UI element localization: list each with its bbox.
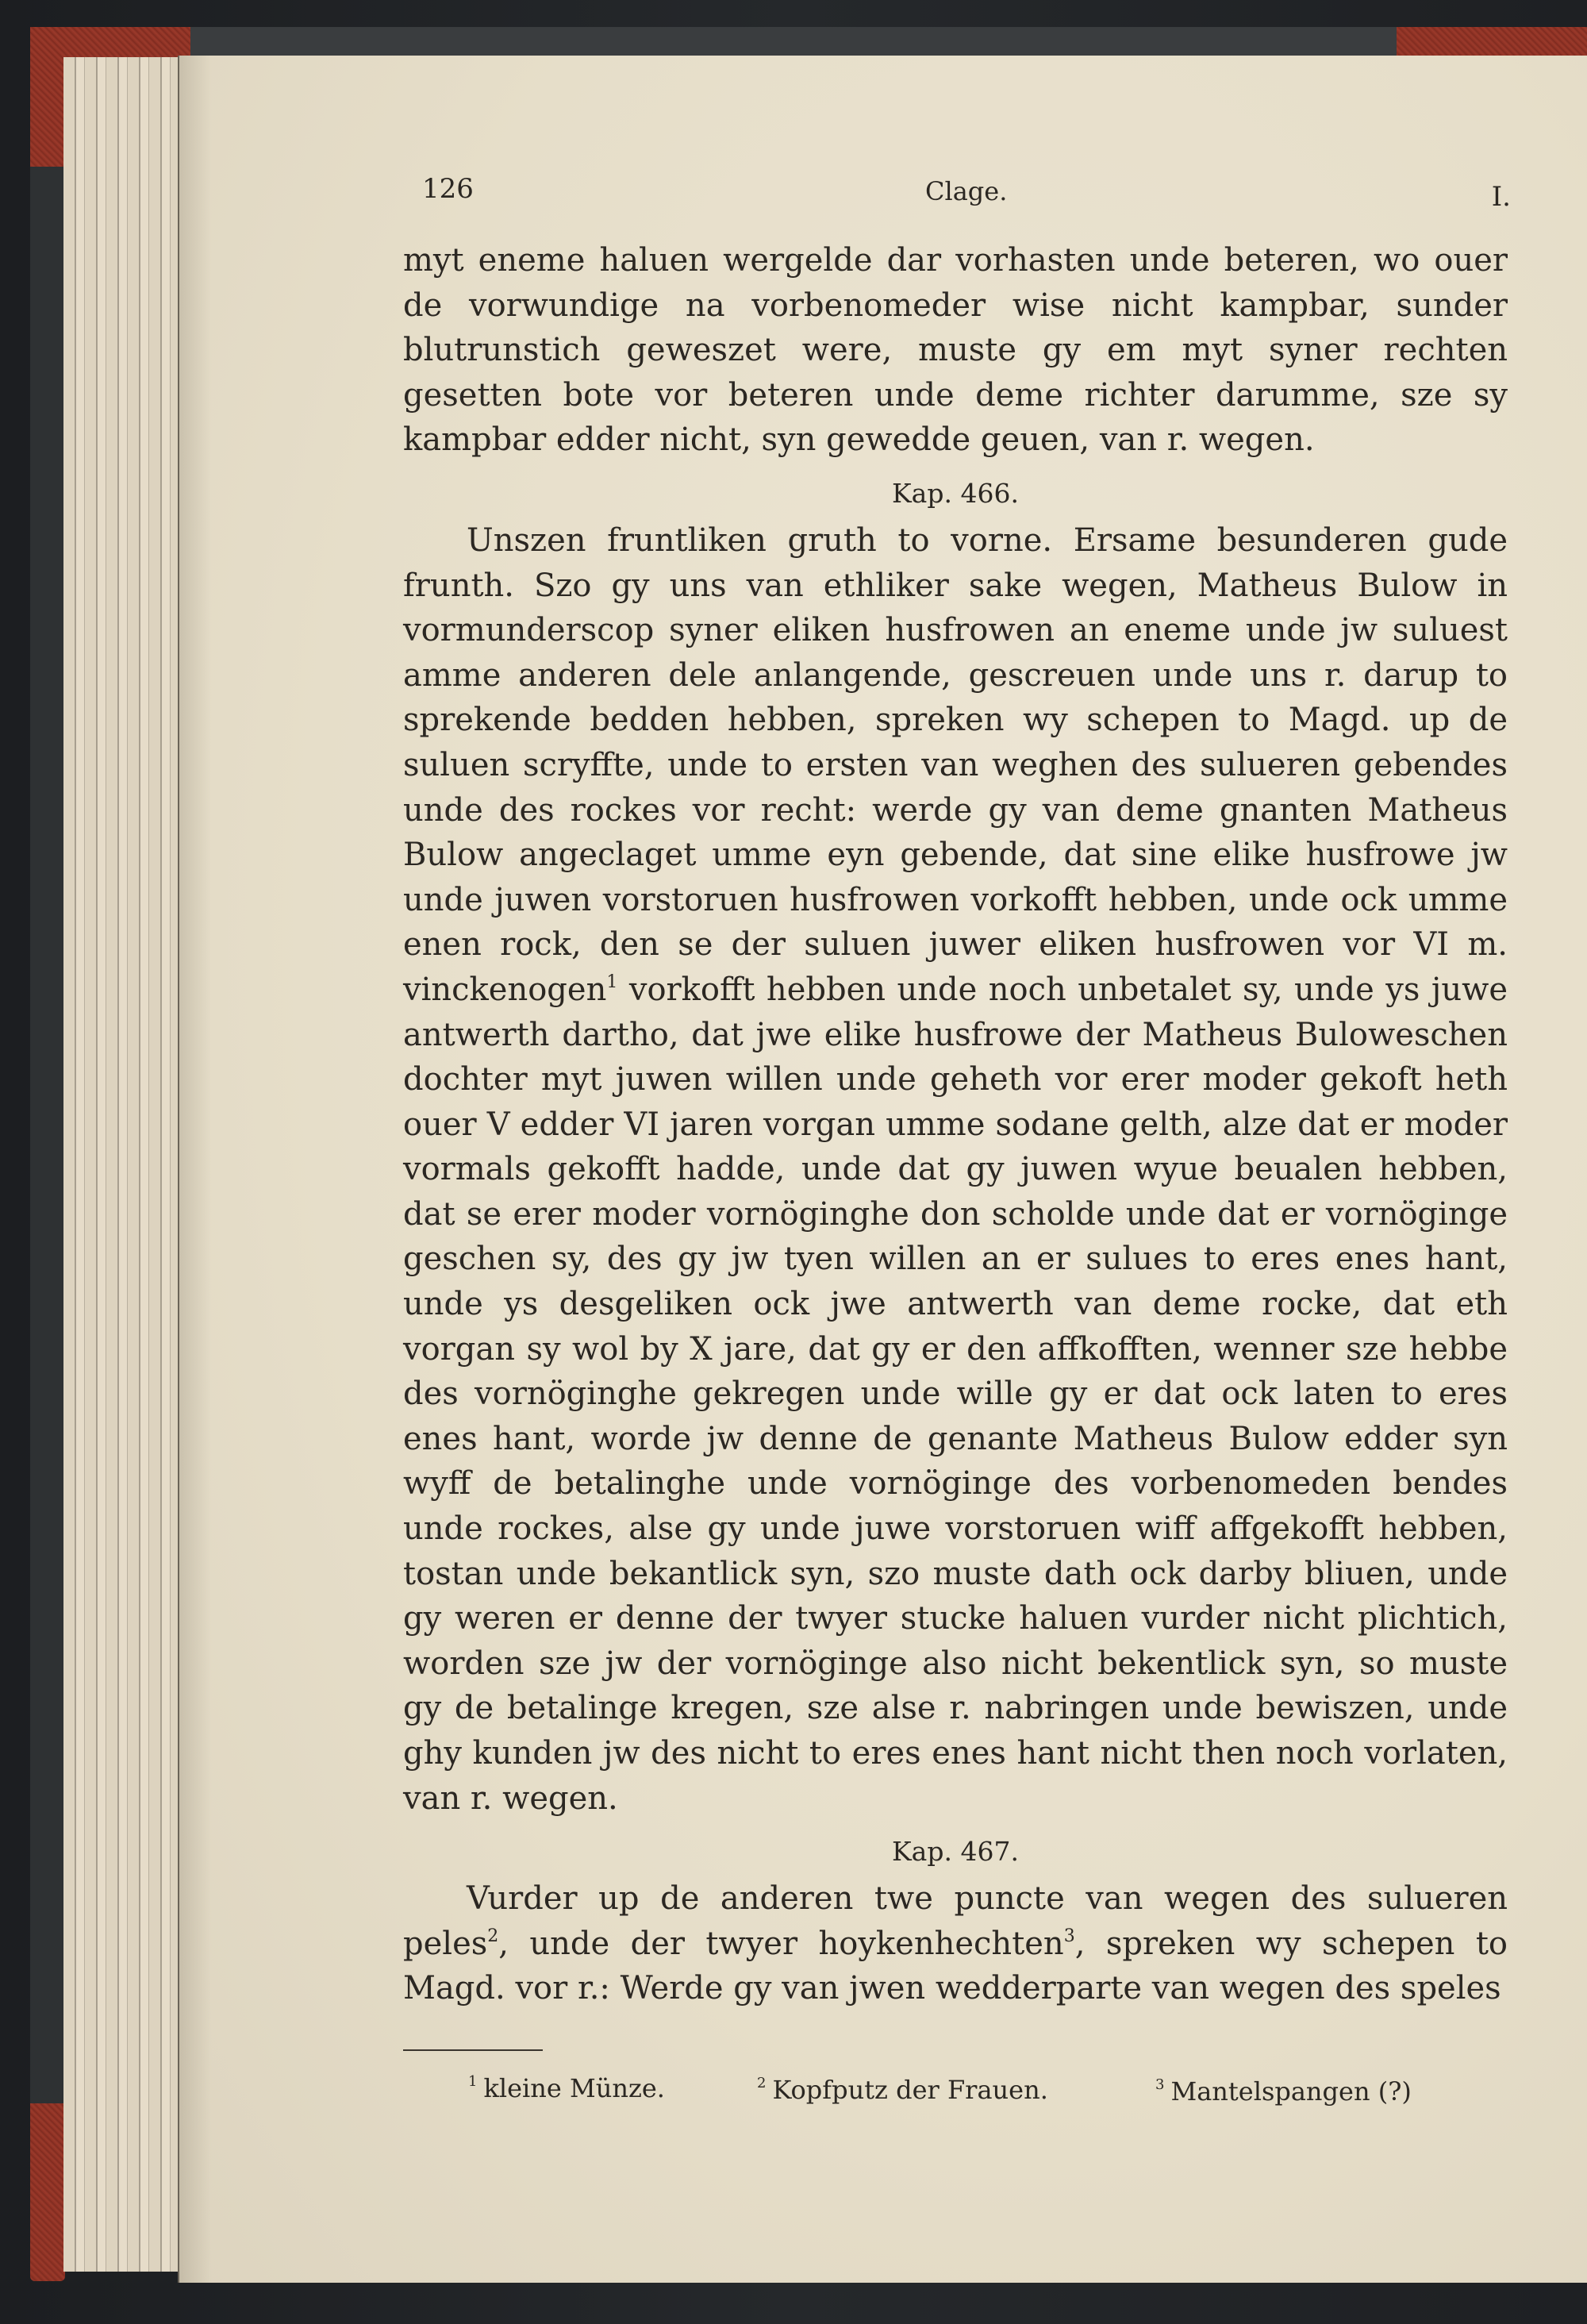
footnote-3: 3Mantelspangen (?) <box>1155 2076 1412 2107</box>
kap466-text-part2: vorkofft hebben unde noch unbetalet sy, … <box>403 972 1508 1817</box>
footnote-1: 1kleine Münze. <box>468 2073 665 2103</box>
kap466-text-part1: Unszen fruntliken gruth to vorne. Ersame… <box>403 522 1508 1008</box>
volume-number: I. <box>1492 181 1511 213</box>
paragraph-kap-467: Vurder up de anderen twe puncte van wege… <box>403 1876 1508 2011</box>
footnote-ref-3[interactable]: 3 <box>1064 1926 1075 1946</box>
running-head: 126 Clage. I. <box>422 173 1511 221</box>
paragraph-kap-466: Unszen fruntliken gruth to vorne. Ersame… <box>403 518 1508 1821</box>
page-number: 126 <box>422 173 474 205</box>
running-title: Clage. <box>925 176 1007 206</box>
paragraph-continuation: myt eneme haluen wergelde dar vorhasten … <box>403 238 1508 463</box>
gutter-shadow <box>179 56 211 2283</box>
footnote-ref-2[interactable]: 2 <box>487 1926 498 1946</box>
binding-board-top <box>190 27 1397 59</box>
page-edges-stack <box>63 57 183 2272</box>
footnote-divider <box>403 2049 543 2051</box>
footnote-marker-3: 3 <box>1155 2076 1164 2093</box>
kap467-text-part2: , unde der twyer hoykenhechten <box>498 1926 1063 1962</box>
binding-board-left <box>30 167 65 2103</box>
body-text: myt eneme haluen wergelde dar vorhasten … <box>403 238 1508 2011</box>
chapter-heading-467: Kap. 467. <box>403 1832 1508 1872</box>
footnote-text-1: kleine Münze. <box>483 2073 664 2103</box>
footnote-2: 2Kopfputz der Frauen. <box>757 2075 1048 2105</box>
footnote-marker-2: 2 <box>757 2075 766 2091</box>
footnote-text-2: Kopfputz der Frauen. <box>772 2075 1047 2105</box>
footnote-text-3: Mantelspangen (?) <box>1170 2076 1411 2107</box>
footnote-marker-1: 1 <box>468 2073 477 2090</box>
footnote-ref-1[interactable]: 1 <box>606 972 617 992</box>
chapter-heading-466: Kap. 466. <box>403 474 1508 514</box>
